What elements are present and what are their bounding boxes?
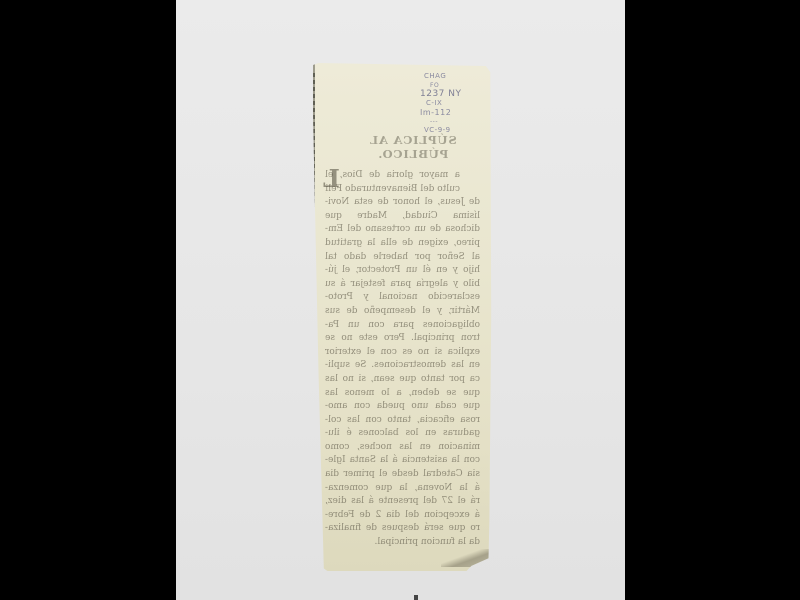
text-line: al Señor por haberle dado tal <box>325 251 480 265</box>
text-line: sia Catedral desde el primer dia <box>325 468 480 482</box>
text-line: hijo y en él un Protector, el jú- <box>325 264 480 278</box>
text-line: ca por tanto que sean, si no las <box>325 373 480 387</box>
annotation-line: --- <box>420 117 490 126</box>
text-line: esclarecido nacional y Proto- <box>325 291 480 305</box>
text-line: rá el 27 del presente á las diez, <box>325 495 480 509</box>
text-line: á la Novena, la que comenza- <box>325 482 480 496</box>
drop-cap: L <box>323 167 340 193</box>
text-line: explica si no es con el exterior <box>325 346 480 360</box>
text-line: que cada uno pueda con amo- <box>325 400 480 414</box>
surface-speck <box>414 595 418 600</box>
text-line: gaduras en los balcones é ilu- <box>325 427 480 441</box>
text-line: lísima Ciudad, Madre que <box>325 210 480 224</box>
drop-cap-letter: L <box>323 164 340 193</box>
photo-frame: CHAG FO 1237 NY C-IX Im-112 --- VC-9-9 S… <box>176 0 625 600</box>
folded-corner <box>441 549 491 567</box>
text-line: á excepcion del dia 2 de Febre- <box>325 509 480 523</box>
text-line: rosa eficacia, tanto con las col- <box>325 414 480 428</box>
text-line: tron principal. Pero este no se <box>325 332 480 346</box>
text-line: a mayor gloria de Dios, el <box>325 169 480 183</box>
text-line: ro que será despues de finaliza- <box>325 522 480 536</box>
text-line: culto del Bienaventurado Felipe <box>325 183 480 197</box>
document-body: L a mayor gloria de Dios, el culto del B… <box>325 169 480 550</box>
handwritten-annotation: CHAG FO 1237 NY C-IX Im-112 --- VC-9-9 <box>420 72 490 135</box>
annotation-line: CHAG <box>420 72 490 81</box>
text-line: de Jesus, el honor de esta Novi- <box>325 196 480 210</box>
text-line: en las demostraciones. Se supli- <box>325 359 480 373</box>
text-line: minacion en las noches, como <box>325 441 480 455</box>
text-line: dichosa de un cortesano del Em- <box>325 223 480 237</box>
annotation-line: 1237 NY <box>420 90 490 99</box>
document-heading: SÚPLICA AL PÚBLICO. <box>338 133 488 161</box>
text-line: obligaciones para con un Pa- <box>325 319 480 333</box>
annotation-line: Im-112 <box>420 108 490 117</box>
text-line: bilo y alegría para festejar á su <box>325 278 480 292</box>
deckled-edge <box>313 73 315 553</box>
paper-slip: CHAG FO 1237 NY C-IX Im-112 --- VC-9-9 S… <box>313 63 493 571</box>
annotation-line: C-IX <box>420 99 490 108</box>
text-line: pireo, exigen de ella la gratitud <box>325 237 480 251</box>
text-line: da la funcion principal. <box>325 536 480 550</box>
text-line: que se deben, a lo menos las <box>325 387 480 401</box>
text-line: con la asistencia á la Santa Igle- <box>325 454 480 468</box>
text-line: Mártir, y el desempeño de sus <box>325 305 480 319</box>
